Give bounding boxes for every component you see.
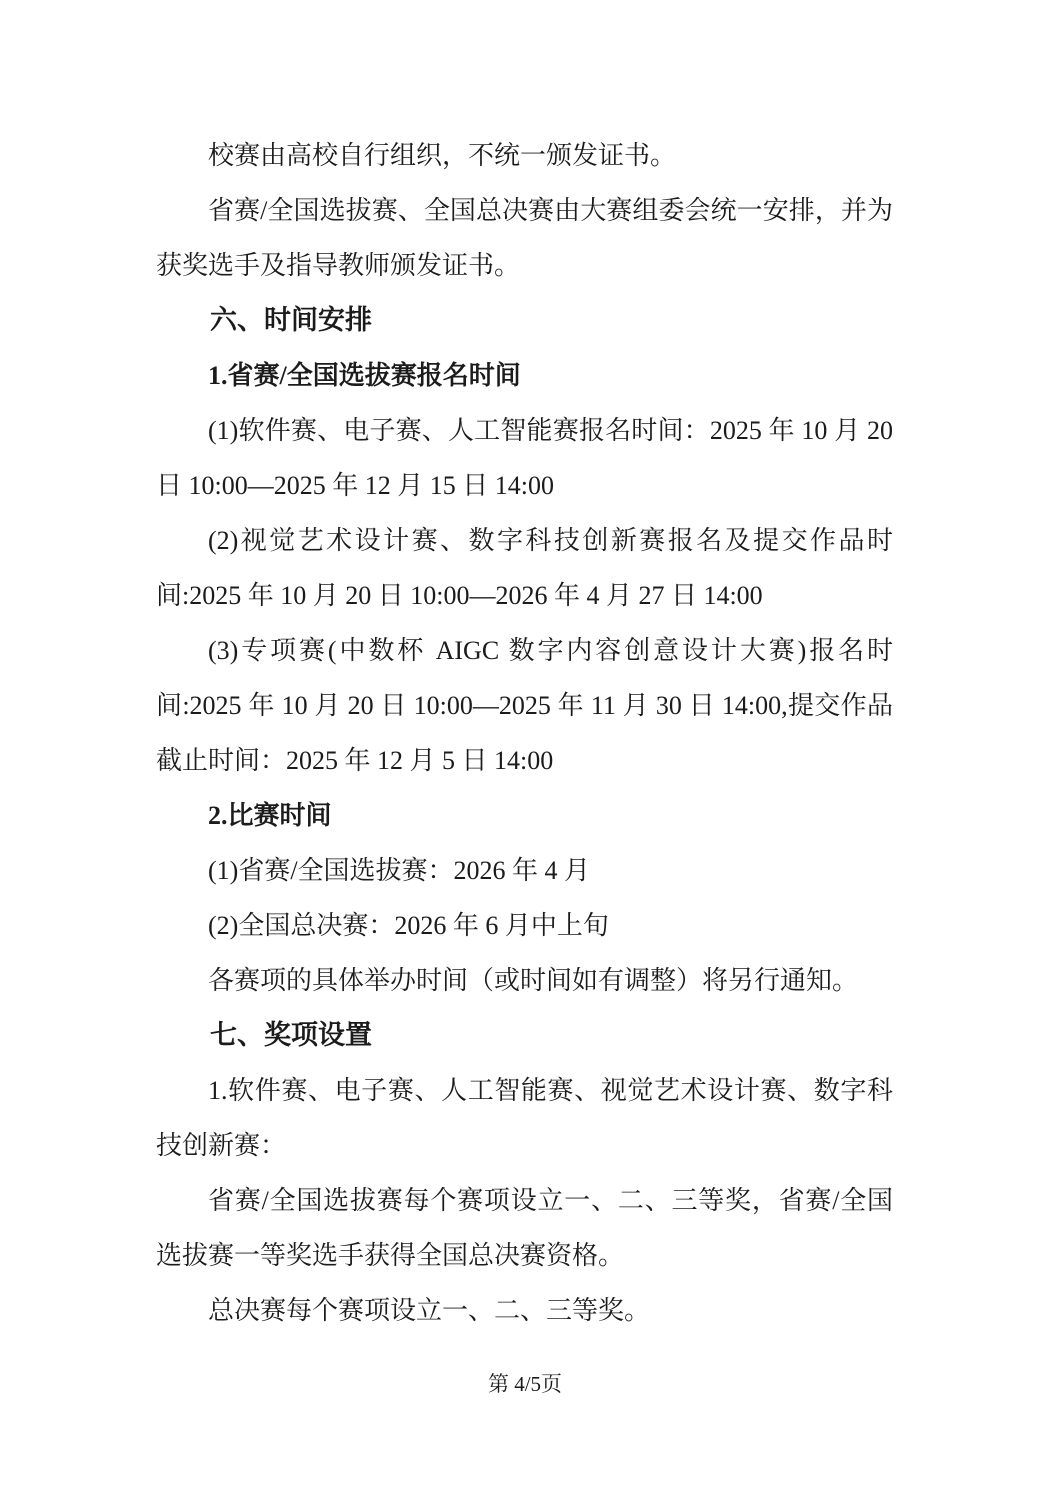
paragraph-provincial-awards: 省赛/全国选拔赛每个赛项设立一、二、三等奖，省赛/全国选拔赛一等奖选手获得全国总… (156, 1173, 893, 1283)
paragraph-registration-visual-art-digital-tech: (2)视觉艺术设计赛、数字科技创新赛报名及提交作品时间:2025 年 10 月 … (156, 513, 893, 623)
paragraph-award-categories: 1.软件赛、电子赛、人工智能赛、视觉艺术设计赛、数字科技创新赛： (156, 1063, 893, 1173)
heading-subsection-registration-time: 1.省赛/全国选拔赛报名时间 (156, 348, 893, 403)
paragraph-provincial-national-certificates: 省赛/全国选拔赛、全国总决赛由大赛组委会统一安排，并为获奖选手及指导教师颁发证书… (156, 183, 893, 293)
page-number: 第 4/5页 (0, 1368, 1050, 1400)
paragraph-national-final-date: (2)全国总决赛：2026 年 6 月中上旬 (156, 898, 893, 953)
heading-subsection-competition-time: 2.比赛时间 (156, 788, 893, 843)
paragraph-school-round-certificates: 校赛由高校自行组织，不统一颁发证书。 (156, 128, 893, 183)
heading-section-7-awards: 七、奖项设置 (156, 1008, 893, 1063)
document-body: 校赛由高校自行组织，不统一颁发证书。 省赛/全国选拔赛、全国总决赛由大赛组委会统… (156, 128, 893, 1338)
paragraph-final-awards: 总决赛每个赛项设立一、二、三等奖。 (156, 1283, 893, 1338)
heading-section-6-time-schedule: 六、时间安排 (156, 293, 893, 348)
paragraph-registration-special-aigc: (3)专项赛(中数杯 AIGC 数字内容创意设计大赛)报名时间:2025 年 1… (156, 623, 893, 788)
paragraph-provincial-selection-date: (1)省赛/全国选拔赛：2026 年 4 月 (156, 843, 893, 898)
paragraph-registration-software-electronics-ai: (1)软件赛、电子赛、人工智能赛报名时间：2025 年 10 月 20 日 10… (156, 403, 893, 513)
paragraph-schedule-notice: 各赛项的具体举办时间（或时间如有调整）将另行通知。 (156, 953, 893, 1008)
document-page: 校赛由高校自行组织，不统一颁发证书。 省赛/全国选拔赛、全国总决赛由大赛组委会统… (0, 0, 1050, 1485)
